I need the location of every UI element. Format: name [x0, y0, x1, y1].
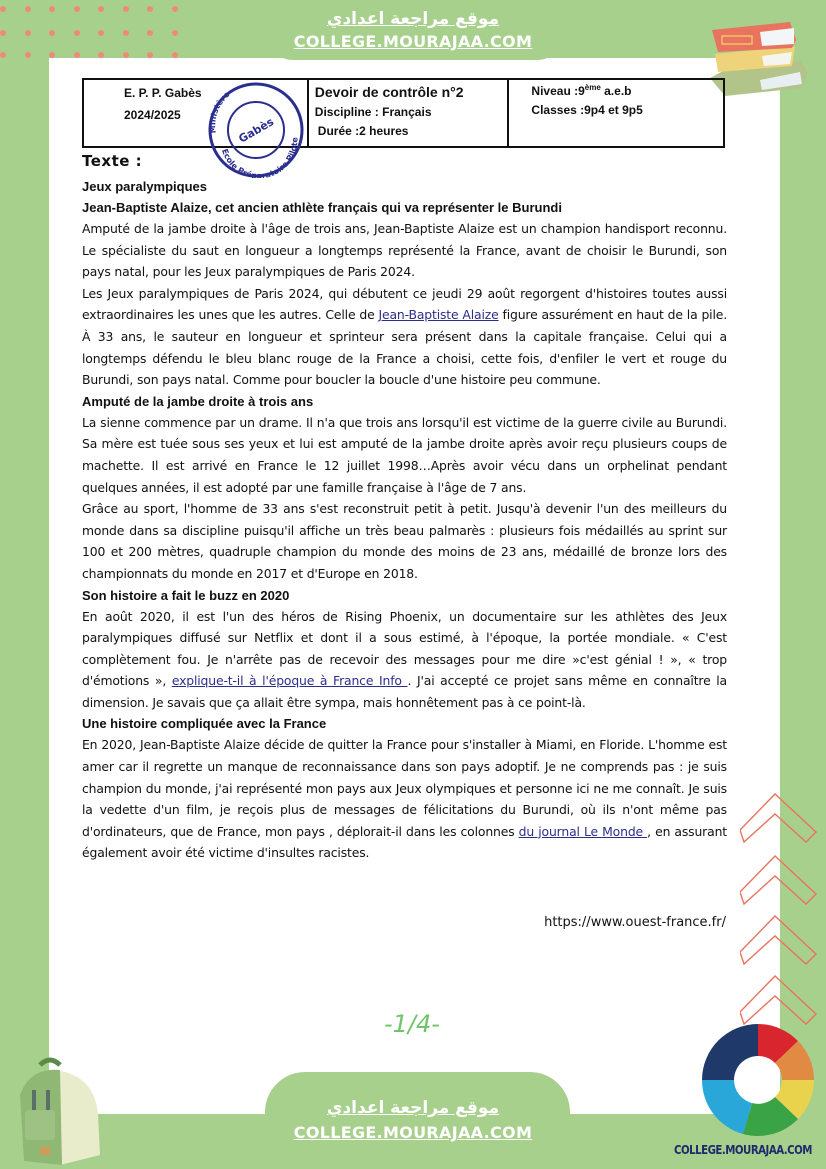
page-number: -1/4- — [384, 1010, 440, 1038]
bottom-banner-tab — [265, 1072, 570, 1169]
school-year: 2024/2025 — [124, 108, 181, 122]
document-body: Texte : Jeux paralympiques Jean-Baptiste… — [82, 152, 727, 864]
subheading-1: Amputé de la jambe droite à trois ans — [82, 391, 727, 412]
link-jean-baptiste-alaize[interactable]: Jean-Baptiste Alaize — [378, 307, 498, 322]
school-name: E. P. P. Gabès — [124, 86, 202, 100]
level-suffix: a.e.b — [601, 84, 632, 98]
level-sup: ème — [585, 83, 601, 92]
subheading-3: Une histoire compliquée avec la France — [82, 713, 727, 734]
school-subjects-wheel-icon — [695, 1020, 821, 1140]
title-2: Jean-Baptiste Alaize, cet ancien athlète… — [82, 197, 727, 218]
classes: Classes :9p4 et 9p5 — [531, 103, 723, 117]
paragraph-4: Grâce au sport, l'homme de 33 ans s'est … — [82, 498, 727, 584]
exam-title: Devoir de contrôle n°2 — [315, 84, 508, 100]
backpack-icon — [10, 1055, 110, 1169]
dot — [0, 52, 6, 58]
title-1: Jeux paralympiques — [82, 176, 727, 197]
duration: Durée :2 heures — [318, 124, 508, 138]
paragraph-3: La sienne commence par un drame. Il n'a … — [82, 412, 727, 498]
paragraph-1: Amputé de la jambe droite à l'âge de tro… — [82, 218, 727, 283]
texte-label: Texte : — [82, 152, 727, 170]
link-france-info[interactable]: explique-t-il à l'époque à France Info — [172, 673, 408, 688]
exam-header-table: E. P. P. Gabès 2024/2025 Devoir de contr… — [82, 78, 725, 148]
paragraph-2: Les Jeux paralympiques de Paris 2024, qu… — [82, 283, 727, 391]
footer-brand[interactable]: COLLEGE.MOURAJAA.COM — [674, 1143, 810, 1157]
source-url: https://www.ouest-france.fr/ — [544, 915, 726, 930]
paragraph-6: En 2020, Jean-Baptiste Alaize décide de … — [82, 734, 727, 864]
level-cell: Niveau :9ème a.e.b Classes :9p4 et 9p5 — [508, 79, 724, 147]
subheading-2: Son histoire a fait le buzz en 2020 — [82, 585, 727, 606]
level: Niveau :9ème a.e.b — [531, 83, 723, 98]
link-le-monde[interactable]: du journal Le Monde — [519, 824, 647, 839]
paragraph-5: En août 2020, il est l'un des héros de R… — [82, 606, 727, 714]
level-prefix: Niveau :9 — [531, 84, 584, 98]
dot — [25, 52, 31, 58]
chevron-decoration-icon — [740, 780, 826, 1040]
discipline: Discipline : Français — [315, 105, 508, 119]
exam-cell: Devoir de contrôle n°2 Discipline : Fran… — [308, 79, 509, 147]
stamp-center: Gabès — [236, 115, 276, 146]
